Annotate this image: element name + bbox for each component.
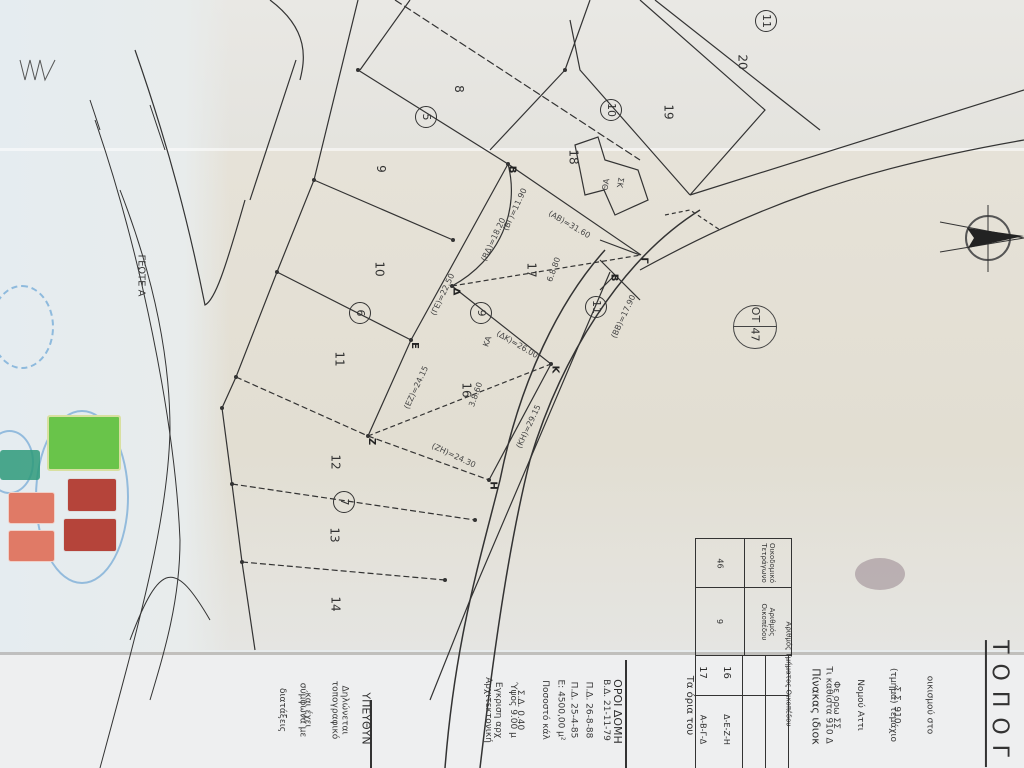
survey-drawing [0,0,1024,768]
building-term-line: Ύψος 9.00 μ [508,682,518,738]
vertex-label: Δ [450,288,461,296]
table-heading: Πίνακας ιδιοκ [810,668,823,744]
part-number-17: 17 [697,666,708,679]
plot-number-circle: 9 [470,302,492,324]
dimension-label: ΣΚ [615,177,626,189]
lot-number: 19 [662,104,676,119]
lot-number: 11 [333,351,347,366]
ownership-table: 46 Οικοδομικό Τετράγωνο 9 Αριθμός Οικοπέ… [695,538,792,656]
revenue-stamp-orange-1 [8,492,55,524]
building-term-line: Εγκριση αρχ [493,682,503,738]
lot-number: 20 [736,54,750,69]
revenue-stamp-teal [0,450,40,480]
header-line: Τι καθίστα 910 Δ [824,666,834,743]
plot-number-circle: 5 [415,106,437,128]
table-cell: 9 [696,588,745,656]
lot-number: 14 [329,596,343,611]
lot-number: 18 [567,149,581,164]
part-number-16: 16 [721,666,732,679]
revenue-stamp-red-1 [67,478,117,512]
declaration-heading: ΥΠΕΥΘΥΝ [360,692,373,744]
handwriting-scribble [20,60,55,80]
building-term-line: Π.Δ. 26-8-88 [583,682,593,739]
table-note: Τα όρια του [684,676,695,735]
building-terms-box [625,660,627,768]
vertex-label: Ζ [366,438,377,445]
building-term-line: Β.Δ. 21-11-79 [601,679,611,741]
revenue-stamp-red-2 [63,518,117,552]
header-line: οικισμού στο [924,676,934,735]
building-term-line: Ε: 4500,00 μ² [556,680,566,741]
plot-number-circle: 11 [585,296,607,318]
lot-number: 10 [373,261,387,276]
plot-number-circle: 6 [349,302,371,324]
sub-table: 17 16 Α-Β-Γ-Δ Δ-Ε-Ζ-Η Αριθμός Τμήματος Ο… [695,655,789,768]
north-arrow-icon [940,205,1024,272]
building-terms-heading: ΟΡΟΙ ΔΟΜΗ [611,679,624,744]
perimeter-17: Α-Β-Γ-Δ [698,715,707,745]
lot-number: 8 [452,85,466,93]
declaration-line: τοπογραφικό [329,681,339,740]
plot-number-circle: 7 [333,491,355,513]
building-term-line: Π.Δ. 25-4-85 [568,682,578,739]
plot-number-circle: 11 [755,10,777,32]
handwritten-note: ΓΕΩΤΕ Α [135,255,146,297]
table-cell: Οικοδομικό Τετράγωνο [745,539,792,588]
stain [855,558,905,590]
lot-number: 13 [328,527,342,542]
header-line: Νομού Αττι [855,679,865,731]
lot-number: 12 [329,454,343,469]
building-term-line: Αρχιτεκτονική [483,677,493,743]
plot-number-circle: 10 [600,99,622,121]
vertex-label: Η [488,481,499,489]
block-label-circle: ΟΤ 47 [733,305,777,349]
declaration-line: διατάξεις [277,688,287,732]
vertex-label: Ε [409,342,420,349]
document-title: ΤΟΠΟΓ [985,640,1012,767]
lot-number: 17 [525,262,539,277]
lot-number: 9 [374,165,388,173]
block-label-top: ΟΤ [749,307,762,322]
building-term-line: Ποσοστό κάλ [540,680,550,740]
declaration-line: Δηλώνεται [340,685,350,734]
perimeter-16: Δ-Ε-Ζ-Η [722,714,731,745]
table-cell: 46 [696,539,745,588]
sub-header-part: Αριθμός Τμήματος Οικοπέδου [784,622,792,727]
vertex-label: Γ [639,257,650,263]
revenue-stamp-green [47,415,121,471]
block-label-number: 47 [749,328,762,342]
header-line: (τμήμα) τεμάχιο [888,668,898,742]
declaration-line: σύμφωνα με [297,683,307,738]
vertex-label: Β [506,166,517,174]
vertex-label: Κ [549,366,560,374]
vertex-label: Β [608,274,619,282]
revenue-stamp-orange-2 [8,530,55,562]
